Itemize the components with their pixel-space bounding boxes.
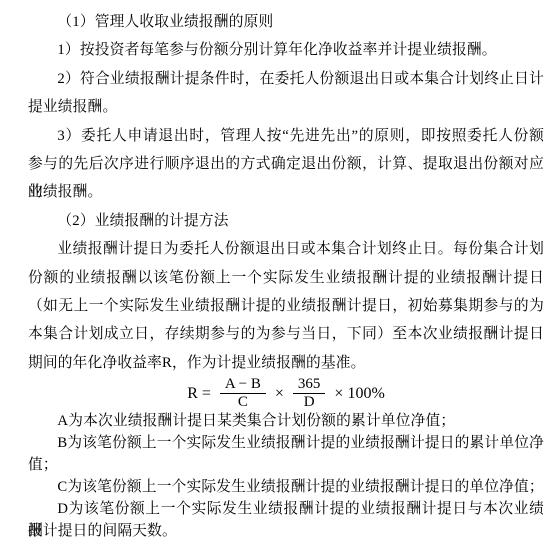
heading-2-method: （2）业绩报酬的计提方法: [28, 207, 544, 235]
fraction-2-numerator: 365: [293, 377, 326, 394]
definition-a: A为本次业绩报酬计提日某类集合计划份额的累计单位净值；: [28, 410, 544, 432]
fraction-1-denominator: C: [233, 394, 253, 410]
heading-1-principles: （1）管理人收取业绩报酬的原则: [28, 8, 544, 36]
principle-3-line-1: 3）委托人申请退出时，管理人按“先进先出”的原则，即按照委托人份额: [28, 122, 544, 150]
definition-d-line-2: 酬计提日的间隔天数。: [28, 520, 544, 542]
fraction-2: 365 D: [293, 377, 326, 410]
method-para-line-5: 期间的年化净收益率R，作为计提业绩报酬的基准。: [28, 349, 544, 377]
definition-b-line-1: B为该笔份额上一个实际发生业绩报酬计提的业绩报酬计提日的累计单位净: [28, 432, 544, 454]
fraction-1-numerator: A − B: [220, 377, 266, 394]
fraction-2-denominator: D: [299, 394, 320, 410]
principle-2-line-1: 2）符合业绩报酬计提条件时，在委托人份额退出日或本集合计划终止日计: [28, 65, 544, 93]
multiply-sign: ×: [275, 385, 284, 403]
fraction-1: A − B C: [220, 377, 266, 410]
principle-3-line-3: 业绩报酬。: [28, 178, 544, 206]
formula-lhs: R =: [187, 385, 211, 403]
method-para-line-3: （如无上一个实际发生业绩报酬计提的业绩报酬计提日，初始募集期参与的为: [28, 292, 544, 320]
document-page: （1）管理人收取业绩报酬的原则 1）按投资者每笔参与份额分别计算年化净收益率并计…: [0, 0, 545, 551]
definition-b-line-2: 值；: [28, 454, 544, 476]
principle-2-line-2: 提业绩报酬。: [28, 93, 544, 121]
principle-3-line-2: 参与的先后次序进行顺序退出的方式确定退出份额，计算、提取退出份额对应的: [28, 150, 544, 178]
definition-c: C为该笔份额上一个实际发生业绩报酬计提的业绩报酬计提日的单位净值；: [28, 476, 544, 498]
formula-tail: × 100%: [334, 385, 384, 403]
definition-d-line-1: D为该笔份额上一个实际发生业绩报酬计提的业绩报酬计提日与本次业绩报: [28, 498, 544, 520]
principle-1: 1）按投资者每笔参与份额分别计算年化净收益率并计提业绩报酬。: [28, 36, 544, 64]
annualized-return-formula: R = A − B C × 365 D × 100%: [28, 377, 544, 410]
method-para-line-2: 份额的业绩报酬以该笔份额上一个实际发生业绩报酬计提的业绩报酬计提日: [28, 264, 544, 292]
method-para-line-1: 业绩报酬计提日为委托人份额退出日或本集合计划终止日。每份集合计划: [28, 235, 544, 263]
method-para-line-4: 本集合计划成立日，存续期参与的为参与当日，下同）至本次业绩报酬计提日: [28, 320, 544, 348]
